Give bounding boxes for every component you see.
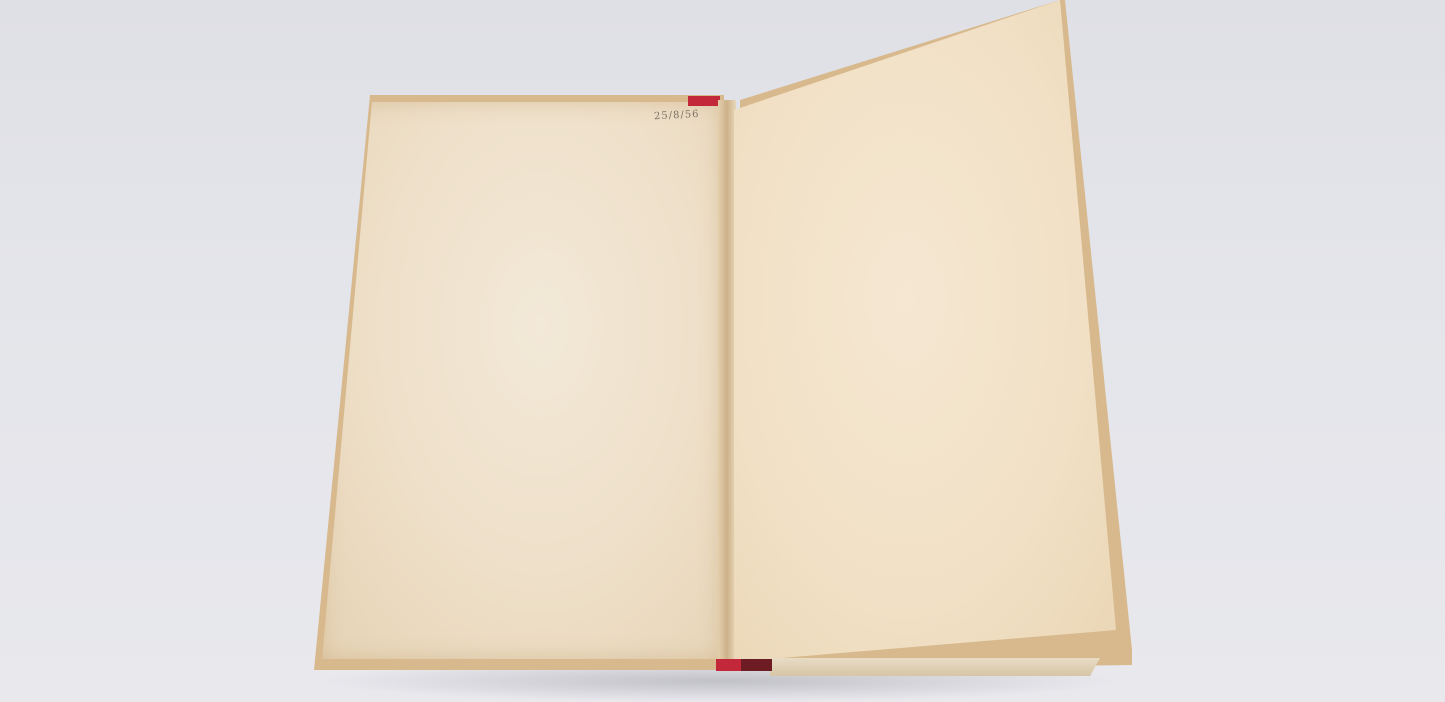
spine-headband-top (688, 96, 720, 106)
text-block-edge (770, 658, 1100, 676)
book-gutter (718, 100, 736, 662)
photo-scene: 25/8/56 Open hardcover book with blank c… (0, 0, 1445, 702)
right-flyleaf-page (734, 0, 1116, 662)
left-endpaper (322, 102, 720, 659)
spine-headband-bottom (716, 659, 772, 671)
